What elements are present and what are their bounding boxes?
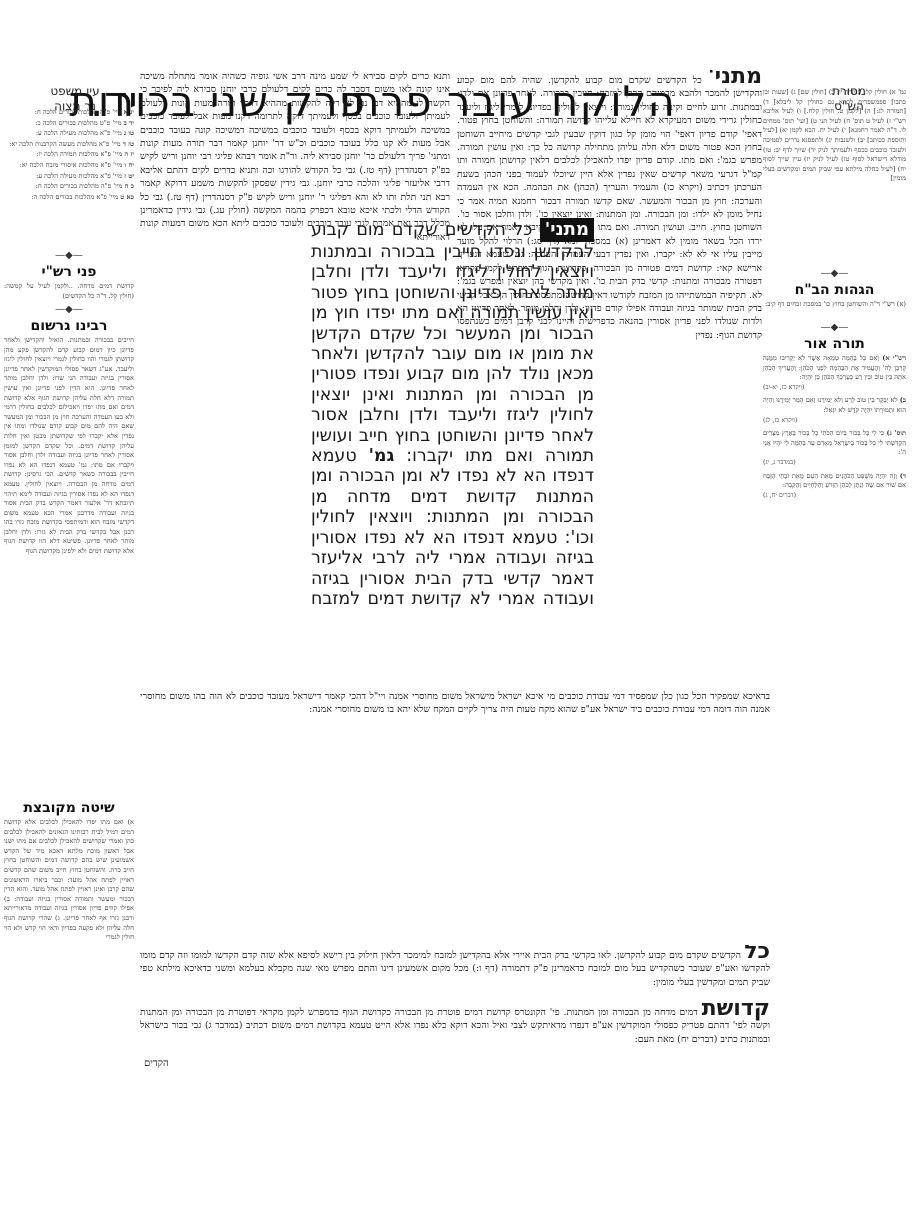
ein-mishpat-entry: יח ו מיי' פ"א מהלכות איסורי מזבח הלכה יא… xyxy=(4,161,134,171)
kol-lead-word: כל xyxy=(744,945,770,964)
mishnah-badge: מתני' xyxy=(540,218,594,242)
verse-source: (במדבר ג, יג) xyxy=(763,458,906,468)
torah-ohr-verse: תוס' ג) כִּי לִי כָּל בְּכוֹר בְּיוֹם הַ… xyxy=(763,429,906,467)
verse-text: לֹא יְבַקֵּר בֵּין טוֹב לָרַע וְלֹא יְמִ… xyxy=(763,396,906,414)
kedushat-lead-word: קדושת xyxy=(702,1002,770,1021)
ornament-divider: —◆— xyxy=(4,250,134,262)
right-margin: גמ' א) חולין קל. תמורה יו: ב) [חולין שם]… xyxy=(763,70,906,500)
torah-ohr-title: תורה אור xyxy=(763,336,906,352)
verse-marker: תוס' ג) xyxy=(887,429,906,437)
catchword: הקדים xyxy=(140,1058,770,1069)
ein-mishpat-entry: יז ה מיי' פ"א מהלכות תמורה הלכה יז: xyxy=(4,150,134,160)
kedushat-text: דמים מדחה מן הבכורה ומן המתנות. פי' הקונ… xyxy=(140,1007,770,1045)
torah-ohr-verse: רש"י א) וְאִם כָּל בְּהֵמָה טְמֵאָה אֲשֶ… xyxy=(763,354,906,392)
shita-mekubetzet-text: א) ואם מתו יפדו להאכילן לכלבים אלא קדושת… xyxy=(4,818,134,1108)
ein-mishpat-entry: כא ט מיי' פ"א מהלכות בכורים הלכה ה: xyxy=(4,193,134,203)
ein-mishpat-entry: כ ח מיי' פ"ה מהלכות בכורים הלכה ח: xyxy=(4,182,134,192)
ein-mishpat-entry: יג א מיי' פ"ה מהלכות בכורים הלכה ח: xyxy=(4,108,134,118)
hagahot-habach-text: (א) רש"י ד"ה והשוחטן בחוץ כו' במסכת זבחי… xyxy=(763,300,906,322)
ornament-divider: —◆— xyxy=(763,268,906,280)
pnei-rashi-text: קדושת דמים מדחה. ..ולקמן לעיל על קמשה: (… xyxy=(4,282,134,304)
hagahot-habach-title: הגהות הב"ח xyxy=(763,282,906,298)
ein-mishpat-entry: יד ב מיי' פ"ט מהלכות בכורים הלכה כ: xyxy=(4,119,134,129)
ein-mishpat-list: יג א מיי' פ"ה מהלכות בכורים הלכה ח: יד ב… xyxy=(4,108,134,250)
verse-marker: רש"י א) xyxy=(882,354,906,362)
tosafot-commentary: ותנא כרים לקים סבירא לי שמע מינה דרב אשי… xyxy=(140,70,450,680)
verse-text: וְזֶה יִהְיֶה מִשְׁפַּט הַכֹּהֲנִים מֵאֵ… xyxy=(763,472,906,490)
torah-ohr-verse: ד) וְזֶה יִהְיֶה מִשְׁפַּט הַכֹּהֲנִים מ… xyxy=(763,472,906,501)
ein-mishpat-label: עין משפט xyxy=(40,84,110,99)
verse-source: (ויקרא כז, לג) xyxy=(763,416,906,426)
ein-mishpat-entry: טו ג מיי' פ"א מהלכות מעילה הלכה ע: xyxy=(4,129,134,139)
verse-marker: ב) xyxy=(900,396,906,404)
rabbeinu-gershom-title: רבינו גרשום xyxy=(4,318,134,334)
bottom-commentary: בדאיכא שמפקיד הכל כגון כלן שמפסיד דמי עב… xyxy=(140,690,770,1069)
tosafot-text: ותנא כרים לקים סבירא לי שמע מינה דרב אשי… xyxy=(140,70,450,680)
kol-text: הקדשים שקדם מום קבוע להקדשן. לאו בקדשי ב… xyxy=(140,950,770,988)
left-margin: יג א מיי' פ"ה מהלכות בכורים הלכה ח: יד ב… xyxy=(4,108,134,1108)
verse-marker: ד) xyxy=(900,472,906,480)
rabbeinu-gershom-text: חייבים בבכורה ובמתנות. הואיל והקדישן ולא… xyxy=(4,336,134,796)
verse-source: (ויקרא כז, יא-יב) xyxy=(763,383,906,393)
verse-source: (דברים יח, ג) xyxy=(763,491,906,501)
torah-ohr-verse: ב) לֹא יְבַקֵּר בֵּין טוֹב לָרַע וְלֹא י… xyxy=(763,396,906,425)
masoret-hashas-text: גמ' א) חולין קל. תמורה יו: ב) [חולין שם]… xyxy=(763,88,906,268)
rashi-lead-word: מתני' xyxy=(708,70,762,89)
ein-mishpat-entry: יט ז מיי' פ"א מהלכות מעילה הלכה ע: xyxy=(4,172,134,182)
verse-text: כִּי לִי כָּל בְּכוֹר בְּיוֹם הַכֹּתִי כ… xyxy=(763,429,906,456)
pnei-rashi-title: פני רש"י xyxy=(4,264,134,280)
bottom-commentary-text: בדאיכא שמפקיד הכל כגון כלן שמפסיד דמי עב… xyxy=(140,690,770,945)
ein-mishpat-entry: טז ד מיי' פ"א מהלכות מעשה הקרבנות הלכה י… xyxy=(4,140,134,150)
ornament-divider: —◆— xyxy=(763,322,906,334)
shita-mekubetzet-title: שיטה מקובצת xyxy=(4,800,134,816)
ornament-divider: —◆— xyxy=(4,304,134,316)
